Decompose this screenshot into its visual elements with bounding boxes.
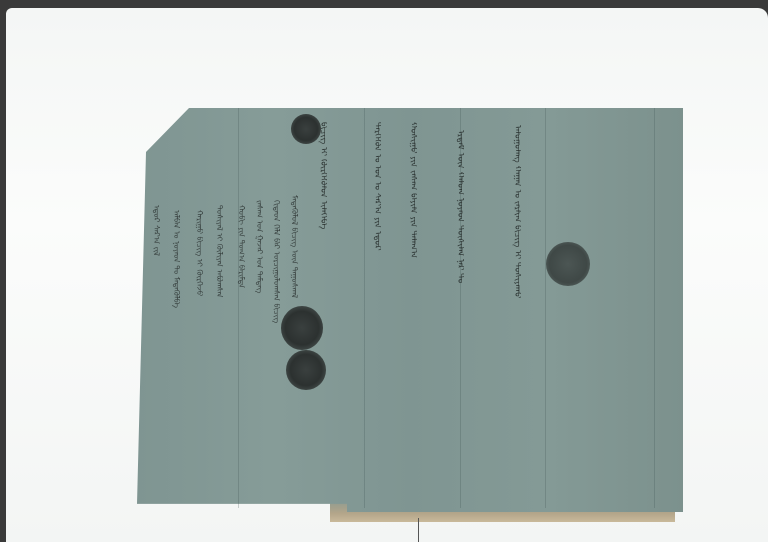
text-line: ᠲᠡᠷᠭᠡᠭᠦᠨ ᠤ ᠣᠨ ᠤ ᠰᠠᠷ᠎ᠠ ᠶᠢᠨ ᠡᠳᠦᠷ xyxy=(372,122,381,382)
text-line: ᠬᠢᠲᠠᠳ ᠬᠡᠯᠡ ᠪᠡᠷ ᠣᠷᠴᠢᠭᠤᠯᠤᠭᠰᠠᠨ ᠪᠢᠴᠢᠭ xyxy=(272,200,280,500)
text-line: ᠵᠠᠰᠠᠭ ᠤᠨ ᠭᠠᠵᠠᠷ ᠤᠨ ᠲᠡᠮᠳᠡᠭ xyxy=(255,200,263,500)
text-line: ᠡᠳᠦᠷ ᠰᠠᠷ᠎ᠠ ᠵᠢᠯ xyxy=(152,205,160,495)
fold-line xyxy=(545,108,546,508)
seal-stamp xyxy=(281,306,323,350)
text-line: ᠲᠤᠰᠢᠶᠠᠯ ᠢ ᠬᠦᠯᠢᠶᠡᠨ ᠠᠪᠤᠭᠰᠠᠨ xyxy=(215,205,223,500)
text-line: ᠬᠣᠰᠢᠭᠤ ᠶᠢᠨ ᠵᠠᠰᠠᠭ ᠪᠡᠶᠢᠯᠡ ᠶᠢᠨ ᠲᠠᠮᠠᠭ᠎ᠠ xyxy=(408,122,417,362)
text-line: ᠬᠤᠪᠢ ᠶᠢᠨ ᠲᠣᠭ᠎ᠠ ᠪᠠᠷᠢᠮᠲᠠ xyxy=(237,205,245,500)
text-line: ᠡᠷᠳᠡᠮ ᠦᠨ ᠬᠠᠮᠤᠭ ᠨᠣᠶᠠᠳ ᠲᠦᠰᠢᠮᠡᠯ ᠨᠠᠷ ᠲᠤ xyxy=(455,130,464,360)
text-line: ᠠᠮᠤᠭᠤᠯᠠᠩ ᠬᠠᠭᠠᠨ ᠤ ᠵᠠᠷᠯᠢᠭ ᠪᠢᠴᠢᠭ ᠢ ᠲᠤᠰᠢᠶᠠᠬᠤ xyxy=(512,125,521,365)
seal-stamp xyxy=(546,242,590,286)
text-line: ᠠᠯᠪᠠᠨ ᠤ ᠨᠣᠶᠠᠳ ᠲᠤ ᠮᠡᠳᠡᠭᠦᠯᠪᠡ xyxy=(172,210,180,500)
text-line: ᠪᠢᠴᠢᠭ ᠢ ᠬᠦᠷᠭᠡᠭᠦᠯᠦᠨ ᠢᠯᠡᠭᠡᠪᠡ xyxy=(318,122,327,332)
tear-mark xyxy=(418,518,419,542)
fold-line xyxy=(654,108,655,508)
text-line: ᠬᠠᠷᠢᠭᠤ ᠪᠢᠴᠢᠭ ᠢ ᠬᠦᠷᠭᠡᠵᠦ xyxy=(195,210,203,500)
seal-stamp xyxy=(291,114,321,144)
seal-stamp xyxy=(286,350,326,390)
fold-line xyxy=(364,108,365,508)
